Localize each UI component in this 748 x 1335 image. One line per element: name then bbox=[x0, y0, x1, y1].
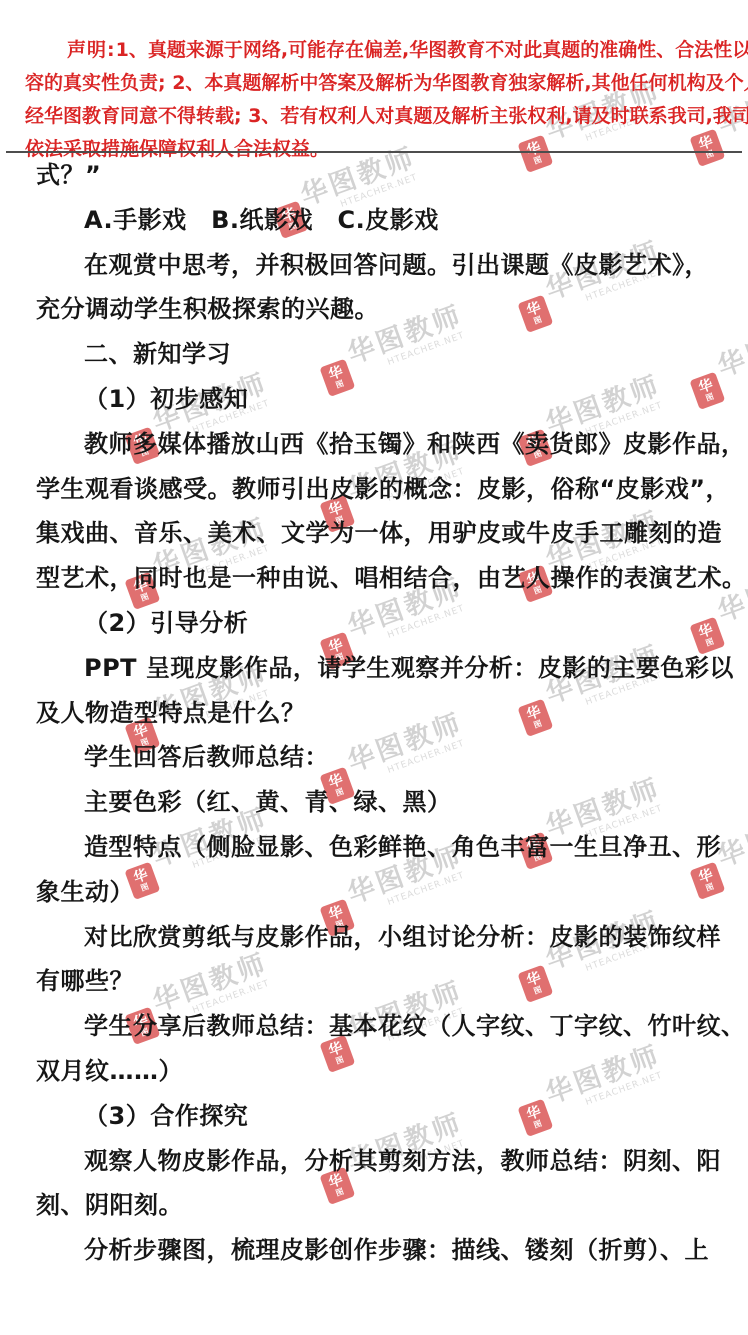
body-line: 刻、阴阳刻。 bbox=[36, 1183, 726, 1228]
body-line: PPT 呈现皮影作品，请学生观察并分析：皮影的主要色彩以 bbox=[36, 646, 726, 691]
lesson-plan-text: 式？”A.手影戏 B.纸影戏 C.皮影戏在观赏中思考，并积极回答问题。引出课题《… bbox=[36, 153, 726, 1273]
body-line: 教师多媒体播放山西《拾玉镯》和陕西《卖货郎》皮影作品， bbox=[36, 422, 726, 467]
disclaimer-label: 声明: bbox=[67, 39, 116, 61]
body-line: 观察人物皮影作品，分析其剪刻方法，教师总结：阴刻、阳 bbox=[36, 1139, 726, 1184]
body-line: 学生分享后教师总结：基本花纹（人字纹、丁字纹、竹叶纹、 bbox=[36, 1004, 726, 1049]
body-line: 对比欣赏剪纸与皮影作品，小组讨论分析：皮影的装饰纹样 bbox=[36, 915, 726, 960]
body-line: 学生观看谈感受。教师引出皮影的概念：皮影，俗称“皮影戏”， bbox=[36, 467, 726, 512]
body-line: 充分调动学生积极探索的兴趣。 bbox=[36, 287, 726, 332]
body-line: 有哪些？ bbox=[36, 959, 726, 1004]
body-line: 学生回答后教师总结： bbox=[36, 735, 726, 780]
document-page: 华图华图教师HTEACHER.NET华图华图教师HTEACHER.NET华图华图… bbox=[0, 0, 748, 1335]
body-line: 在观赏中思考，并积极回答问题。引出课题《皮影艺术》， bbox=[36, 243, 726, 288]
body-line: 型艺术，同时也是一种由说、唱相结合，由艺人操作的表演艺术。 bbox=[36, 556, 726, 601]
body-line: 主要色彩（红、黄、青、绿、黑） bbox=[36, 780, 726, 825]
body-line: 造型特点（侧脸显影、色彩鲜艳、角色丰富一生旦净丑、形 bbox=[36, 825, 726, 870]
body-line: （3）合作探究 bbox=[36, 1094, 726, 1139]
body-line: A.手影戏 B.纸影戏 C.皮影戏 bbox=[36, 198, 726, 243]
body-line: （2）引导分析 bbox=[36, 601, 726, 646]
body-line: （1）初步感知 bbox=[36, 377, 726, 422]
body-line: 二、新知学习 bbox=[36, 332, 726, 377]
body-line: 双月纹……） bbox=[36, 1049, 726, 1094]
body-line: 分析步骤图，梳理皮影创作步骤：描线、镂刻（折剪）、上 bbox=[36, 1228, 726, 1273]
disclaimer: 声明:1、真题来源于网络,可能存在偏差,华图教育不对此真题的准确性、合法性以及内… bbox=[25, 34, 731, 166]
body-line: 式？” bbox=[36, 153, 726, 198]
body-line: 及人物造型特点是什么？ bbox=[36, 691, 726, 736]
body-line: 集戏曲、音乐、美术、文学为一体，用驴皮或牛皮手工雕刻的造 bbox=[36, 511, 726, 556]
disclaimer-line: 声明:1、真题来源于网络,可能存在偏差,华图教育不对此真题的准确性、合法性以及内 bbox=[25, 34, 731, 67]
disclaimer-line: 经华图教育同意不得转载; 3、若有权利人对真题及解析主张权利,请及时联系我司,我… bbox=[25, 100, 731, 133]
disclaimer-line: 容的真实性负责; 2、本真题解析中答案及解析为华图教育独家解析,其他任何机构及个… bbox=[25, 67, 731, 100]
body-line: 象生动） bbox=[36, 870, 726, 915]
